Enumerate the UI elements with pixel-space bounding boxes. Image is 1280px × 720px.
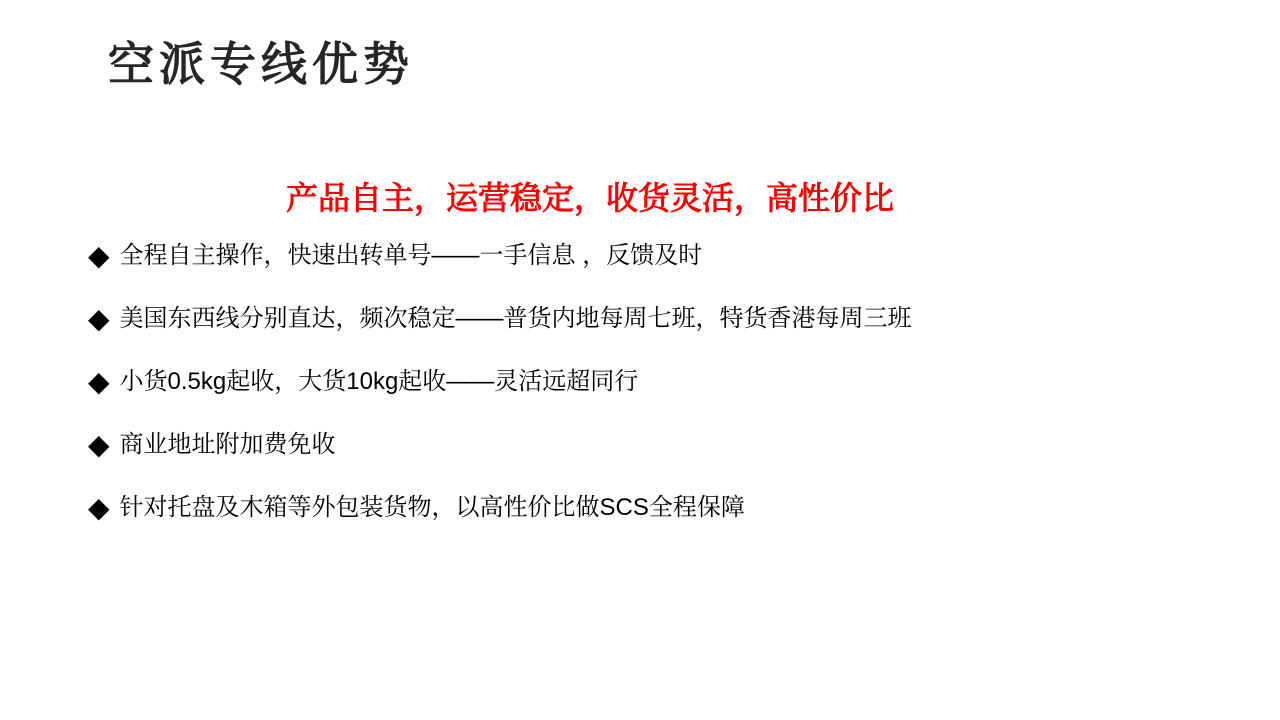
bullet-text: 全程自主操作，快速出转单号——一手信息 ，反馈及时 xyxy=(120,241,703,271)
bullet-text: 商业地址附加费免收 xyxy=(120,430,336,460)
bullet-text: 美国东西线分别直达，频次稳定——普货内地每周七班，特货香港每周三班 xyxy=(120,304,912,334)
slide-subtitle: 产品自主，运营稳定，收货灵活，高性价比 xyxy=(90,178,1090,218)
bullet-list: ◆ 全程自主操作，快速出转单号——一手信息 ，反馈及时 ◆ 美国东西线分别直达，… xyxy=(88,241,1198,556)
diamond-bullet-icon: ◆ xyxy=(88,430,110,460)
bullet-text: 针对托盘及木箱等外包装货物，以高性价比做SCS全程保障 xyxy=(120,493,745,523)
diamond-bullet-icon: ◆ xyxy=(88,241,110,271)
bullet-text: 小货0.5kg起收，大货10kg起收——灵活远超同行 xyxy=(120,367,639,397)
diamond-bullet-icon: ◆ xyxy=(88,304,110,334)
diamond-bullet-icon: ◆ xyxy=(88,367,110,397)
bullet-item: ◆ 美国东西线分别直达，频次稳定——普货内地每周七班，特货香港每周三班 xyxy=(88,304,1198,334)
bullet-item: ◆ 全程自主操作，快速出转单号——一手信息 ，反馈及时 xyxy=(88,241,1198,271)
slide-title: 空派专线优势 xyxy=(108,38,414,91)
bullet-item: ◆ 小货0.5kg起收，大货10kg起收——灵活远超同行 xyxy=(88,367,1198,397)
slide-canvas: 空派专线优势 产品自主，运营稳定，收货灵活，高性价比 ◆ 全程自主操作，快速出转… xyxy=(0,0,1280,720)
bullet-item: ◆ 商业地址附加费免收 xyxy=(88,430,1198,460)
bullet-item: ◆ 针对托盘及木箱等外包装货物，以高性价比做SCS全程保障 xyxy=(88,493,1198,523)
diamond-bullet-icon: ◆ xyxy=(88,493,110,523)
